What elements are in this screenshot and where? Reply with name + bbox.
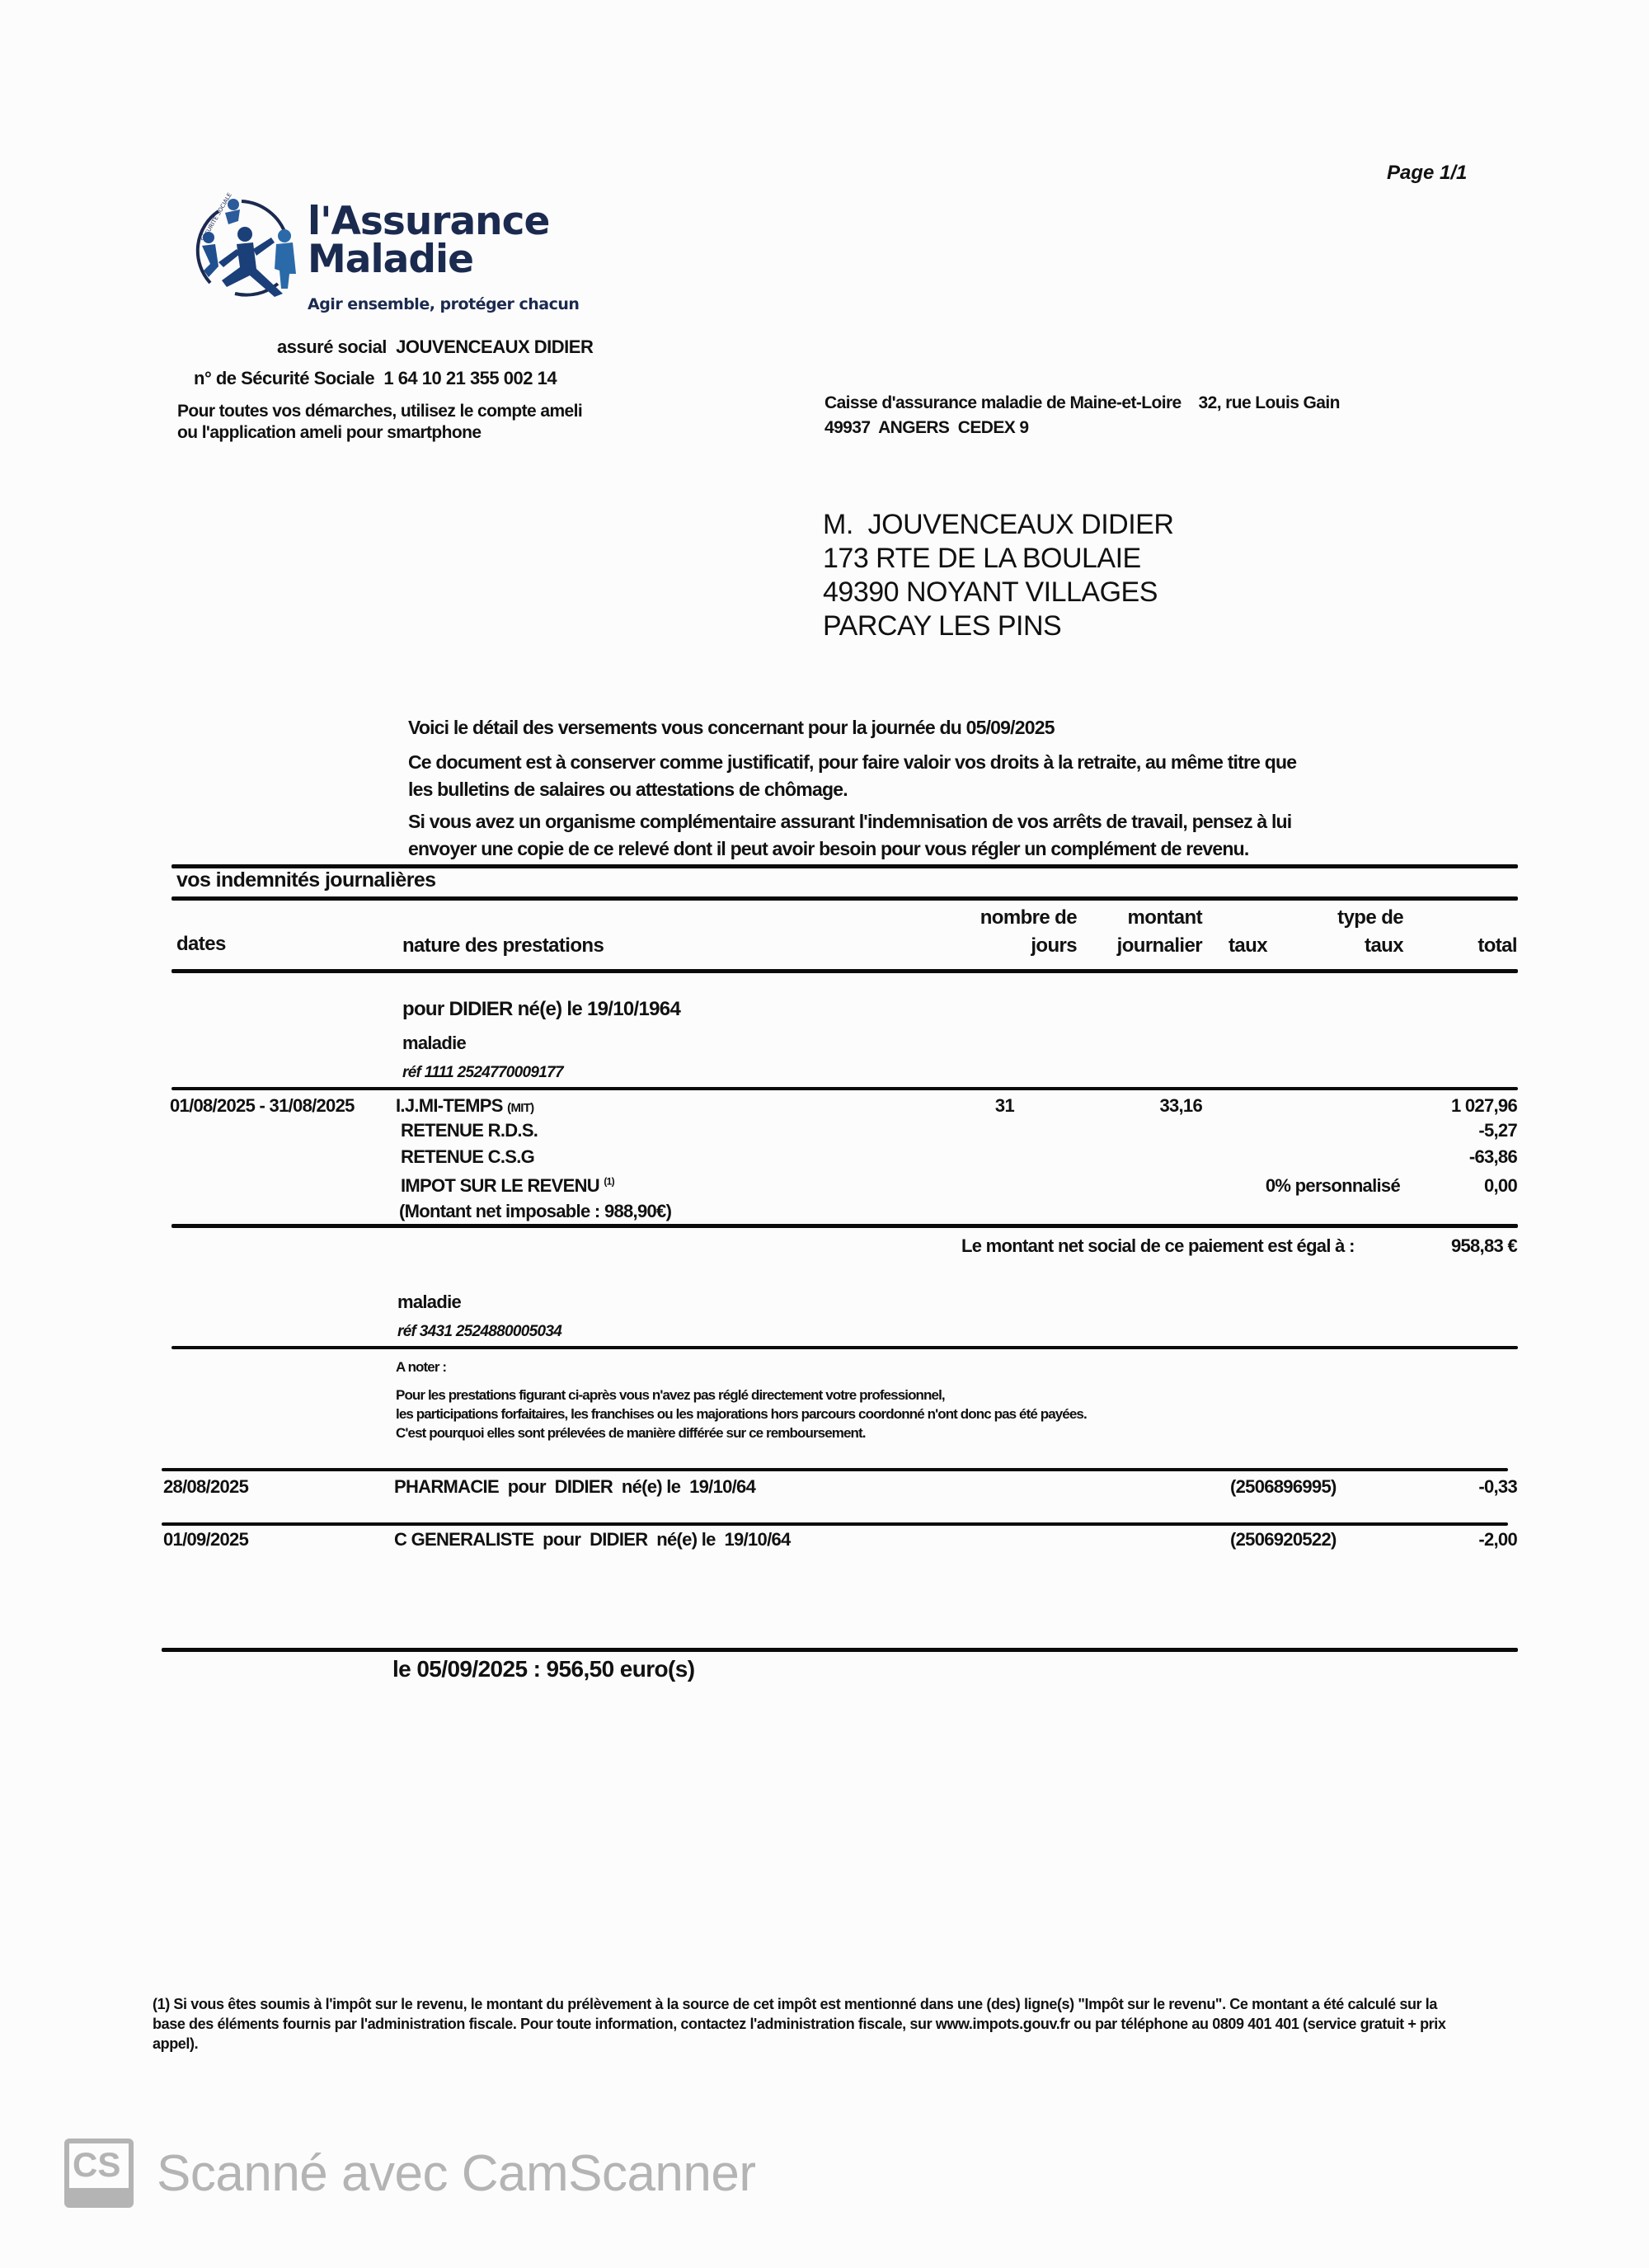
note-title: A noter : [396, 1358, 446, 1376]
recipient-address: M. JOUVENCEAUX DIDIER 173 RTE DE LA BOUL… [823, 508, 1173, 643]
payment-nature: I.J.MI-TEMPS (MIT) [396, 1095, 533, 1117]
divider [171, 969, 1518, 973]
withholding-date: 01/09/2025 [163, 1529, 248, 1550]
withholding-nature: PHARMACIE pour DIDIER né(e) le 19/10/64 [394, 1476, 755, 1498]
divider [162, 1468, 1508, 1471]
camscanner-watermark: CS Scanné avec CamScanner [64, 2136, 756, 2210]
divider [171, 896, 1518, 901]
withholding-ref: (2506920522) [1230, 1529, 1337, 1550]
payment-total: 1 027,96 [1385, 1095, 1517, 1117]
withholding-amount: -2,00 [1385, 1529, 1517, 1550]
net-imposable: (Montant net imposable : 988,90€) [399, 1201, 671, 1222]
net-social-label: Le montant net social de ce paiement est… [961, 1235, 1355, 1257]
risk-label: maladie [397, 1292, 461, 1313]
divider [171, 1087, 1518, 1090]
divider [171, 1224, 1518, 1228]
net-social-value: 958,83 € [1385, 1235, 1517, 1257]
deduction-label: RETENUE R.D.S. [401, 1120, 538, 1141]
reference-number: réf 3431 2524880005034 [397, 1323, 561, 1341]
reference-number: réf 1111 2524770009177 [402, 1064, 563, 1082]
section-title: vos indemnités journalières [176, 866, 435, 894]
divider [162, 1522, 1508, 1526]
deduction-label: RETENUE C.S.G [401, 1146, 534, 1168]
risk-label: maladie [402, 1033, 466, 1054]
sender-address: Caisse d'assurance maladie de Maine-et-L… [824, 391, 1340, 440]
col-header-taux: taux [1229, 932, 1267, 960]
deduction-amount: -5,27 [1385, 1120, 1517, 1141]
divider [171, 1346, 1518, 1349]
watermark-text: Scanné avec CamScanner [157, 2144, 756, 2203]
intro-complementary-notice: Si vous avez un organisme complémentaire… [408, 808, 1291, 863]
ssn-line: n° de Sécurité Sociale 1 64 10 21 355 00… [194, 368, 557, 389]
insured-name: JOUVENCEAUX DIDIER [396, 336, 593, 357]
logo-wordmark: l'Assurance Maladie [308, 203, 549, 279]
divider [162, 1648, 1518, 1652]
intro-retirement-notice: Ce document est à conserver comme justif… [408, 749, 1296, 803]
insured-social-line: assuré social JOUVENCEAUX DIDIER [277, 336, 593, 358]
withholding-nature: C GENERALISTE pour DIDIER né(e) le 19/10… [394, 1529, 791, 1550]
col-header-jours: nombre de jours [923, 904, 1077, 960]
withholding-date: 28/08/2025 [163, 1476, 248, 1498]
payment-jours: 31 [956, 1095, 1014, 1117]
col-header-dates: dates [176, 930, 226, 958]
withholding-ref: (2506896995) [1230, 1476, 1337, 1498]
col-header-montant: montant journalier [1080, 904, 1202, 960]
camscanner-logo-icon: CS [64, 2139, 134, 2208]
beneficiary-line: pour DIDIER né(e) le 19/10/1964 [402, 998, 680, 1021]
assurance-maladie-logo: SÉCURITÉ SOCIALE l'Assurance Maladie Agi… [186, 188, 606, 320]
col-header-nature: nature des prestations [402, 932, 604, 960]
intro-payment-date: Voici le détail des versements vous conc… [408, 714, 1055, 741]
logo-tagline: Agir ensemble, protéger chacun [308, 295, 579, 313]
payment-period: 01/08/2025 - 31/08/2025 [170, 1095, 355, 1117]
deduction-amount: 0,00 [1385, 1175, 1517, 1197]
ssn-value: 1 64 10 21 355 002 14 [383, 368, 557, 388]
payment-montant-journalier: 33,16 [1105, 1095, 1202, 1117]
ameli-notice: Pour toutes vos démarches, utilisez le c… [177, 401, 582, 444]
deduction-taux-type: 0% personnalisé [1204, 1175, 1400, 1197]
footnote: (1) Si vous êtes soumis à l'impôt sur le… [153, 1994, 1472, 2054]
logo-people-icon: SÉCURITÉ SOCIALE [186, 188, 309, 303]
grand-total: le 05/09/2025 : 956,50 euro(s) [392, 1656, 694, 1682]
page-number: Page 1/1 [1387, 162, 1467, 185]
note-text: Pour les prestations figurant ci-après v… [396, 1386, 1087, 1442]
deduction-label: IMPOT SUR LE REVENU (1) [401, 1175, 614, 1197]
col-header-total: total [1402, 932, 1517, 960]
withholding-amount: -0,33 [1385, 1476, 1517, 1498]
col-header-type-taux: type de taux [1286, 904, 1403, 960]
deduction-amount: -63,86 [1385, 1146, 1517, 1168]
